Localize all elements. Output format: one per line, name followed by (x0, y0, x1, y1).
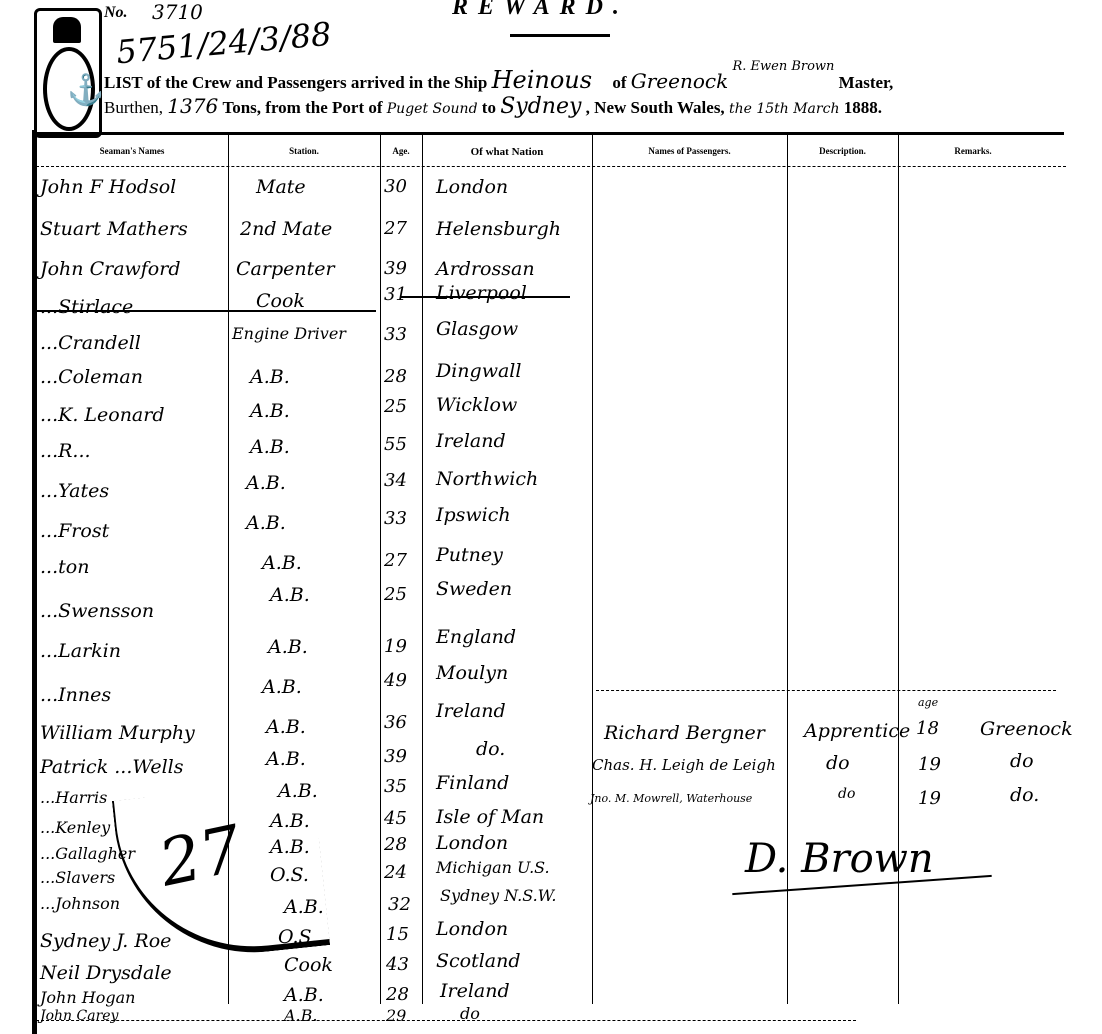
crew-name: ...Stirlace (40, 296, 133, 318)
passenger-description: do (826, 752, 850, 774)
crown-icon (53, 17, 81, 43)
crew-name: ...Frost (40, 520, 109, 542)
passenger-name: Richard Bergner (604, 722, 765, 744)
arrival-year: 1888. (844, 98, 882, 117)
passenger-description: do (838, 786, 855, 802)
crew-nation: Ireland (436, 430, 506, 452)
title-banner: REWARD. (452, 0, 629, 21)
crew-name: ...K. Leonard (40, 404, 165, 426)
home-port: Greenock (631, 69, 728, 93)
crew-nation: Sweden (436, 578, 512, 600)
burthen-label: Burthen, (104, 98, 163, 117)
reference-annotation: 5751/24/3/88 (115, 15, 333, 72)
crew-station: A.B. (250, 366, 290, 388)
col-header-description: Description. (787, 146, 898, 156)
crew-nation: Northwich (436, 468, 538, 490)
crew-nation: Scotland (436, 950, 521, 972)
strikethrough-line (400, 296, 570, 298)
crew-station: Carpenter (236, 258, 335, 280)
crew-name: Stuart Mathers (40, 218, 188, 240)
crew-age: 43 (386, 954, 409, 975)
col-header-passengers: Names of Passengers. (592, 146, 787, 156)
crew-name: ...Kenley (40, 818, 110, 837)
crew-nation: do. (476, 738, 505, 760)
crew-age: 27 (384, 218, 407, 239)
crew-station: 2nd Mate (240, 218, 332, 240)
passenger-remarks: do (1010, 750, 1034, 772)
crew-name: ...Coleman (40, 366, 143, 388)
crew-nation: Michigan U.S. (436, 858, 550, 877)
form-number-value: 3710 (152, 0, 203, 24)
table-bottom-rule (36, 1020, 856, 1021)
crew-nation: London (436, 918, 508, 940)
header-line-1-prefix: LIST of the Crew and Passengers arrived … (104, 73, 487, 92)
header-bottom-rule (36, 166, 1066, 167)
crew-nation: Ireland (440, 980, 510, 1002)
table-top-rule (34, 132, 1064, 135)
crew-station: A.B. (268, 636, 308, 658)
crew-name: ...Swensson (40, 600, 154, 622)
col-header-remarks: Remarks. (898, 146, 1048, 156)
crew-nation: Putney (436, 544, 503, 566)
passenger-name: Chas. H. Leigh de Leigh (592, 756, 776, 774)
to-label: to (482, 98, 496, 117)
crew-name: ...ton (40, 556, 89, 578)
crew-station: Engine Driver (232, 324, 346, 343)
crew-age: 15 (386, 924, 409, 945)
passenger-section-rule (596, 690, 1056, 691)
crew-station: A.B. (270, 584, 310, 606)
crew-nation: Sydney N.S.W. (440, 886, 556, 905)
crew-age: 36 (384, 712, 407, 733)
master-label: Master, (839, 73, 894, 92)
crew-age: 31 (384, 284, 407, 305)
crew-age: 33 (384, 324, 407, 345)
crew-nation: Moulyn (436, 662, 508, 684)
crew-nation: Ardrossan (436, 258, 535, 280)
col-header-age: Age. (380, 146, 422, 156)
crew-station: A.B. (262, 552, 302, 574)
master-signature: D. Brown (745, 836, 934, 882)
crew-age: 19 (384, 636, 407, 657)
passenger-age-label: age (918, 696, 938, 709)
crew-name: ...Harris (40, 788, 107, 807)
crew-age: 28 (386, 984, 409, 1005)
crew-age: 27 (384, 550, 407, 571)
col-divider-nation (422, 134, 423, 1004)
crew-age: 25 (384, 396, 407, 417)
crew-age: 32 (388, 894, 411, 915)
crew-age: 34 (384, 470, 407, 491)
passenger-age: 19 (918, 754, 941, 775)
crew-station: A.B. (246, 512, 286, 534)
crew-age: 25 (384, 584, 407, 605)
crew-nation: do (460, 1004, 480, 1023)
crew-name: Neil Drysdale (40, 962, 172, 984)
master-name: R. Ewen Brown (732, 59, 834, 74)
tons-from-port-label: Tons, from the Port of (222, 98, 382, 117)
from-port: Puget Sound (387, 101, 478, 117)
header-line-1: LIST of the Crew and Passengers arrived … (104, 66, 893, 94)
crew-nation: Ireland (436, 700, 506, 722)
crew-station: Cook (284, 954, 333, 976)
crew-nation: Glasgow (436, 318, 518, 340)
crew-station: A.B. (266, 716, 306, 738)
col-header-nation: Of what Nation (422, 146, 592, 158)
crew-age: 33 (384, 508, 407, 529)
crew-name: ...Innes (40, 684, 111, 706)
crew-name: ...R... (40, 440, 91, 462)
crew-nation: England (436, 626, 516, 648)
crew-nation: London (436, 176, 508, 198)
crew-station: A.B. (250, 436, 290, 458)
ship-name: Heinous (492, 66, 593, 94)
col-divider-age (380, 134, 381, 1004)
crew-age: 29 (386, 1006, 406, 1025)
crew-station: A.B. (284, 1006, 317, 1025)
header-line-2: Burthen, 1376 Tons, from the Port of Pug… (104, 94, 882, 119)
form-number-label: No. (104, 4, 128, 22)
passenger-remarks: do. (1010, 784, 1039, 806)
crew-name: ...Crandell (40, 332, 141, 354)
crew-name: ...Johnson (40, 894, 120, 913)
crew-age: 28 (384, 366, 407, 387)
passenger-name: Jno. M. Mowrell, Waterhouse (590, 792, 752, 805)
royal-crest-emblem: ⚓ (34, 8, 102, 138)
crew-name: John Carey (40, 1008, 118, 1024)
crew-nation: Finland (436, 772, 509, 794)
passenger-remarks: Greenock (980, 718, 1073, 740)
col-header-seamans-names: Seaman's Names (36, 146, 228, 156)
crew-name: John Hogan (40, 988, 135, 1007)
crew-age: 24 (384, 862, 407, 883)
crew-name: John F Hodsol (40, 176, 176, 198)
crew-name: ...Slavers (40, 868, 115, 887)
crew-nation: Ipswich (436, 504, 511, 526)
crew-nation: Helensburgh (436, 218, 561, 240)
strikethrough-line (36, 310, 376, 312)
passenger-age: 19 (918, 788, 941, 809)
passenger-description: Apprentice (804, 720, 910, 742)
crew-nation: London (436, 832, 508, 854)
nsw-label: , New South Wales, (586, 98, 725, 117)
crew-name: ...Yates (40, 480, 109, 502)
crew-nation: Isle of Man (436, 806, 544, 828)
crew-age: 35 (384, 776, 407, 797)
crew-nation: Dingwall (436, 360, 521, 382)
crew-station: A.B. (246, 472, 286, 494)
crew-name: Patrick ...Wells (40, 756, 184, 778)
header-of: of (612, 73, 626, 92)
to-port: Sydney (500, 94, 581, 119)
crew-name: William Murphy (40, 722, 195, 744)
anchor-seal-icon: ⚓ (43, 47, 95, 131)
col-header-station: Station. (228, 146, 380, 156)
banner-underline (510, 34, 610, 37)
crew-age: 39 (384, 258, 407, 279)
left-border (32, 130, 37, 1034)
crew-nation: Wicklow (436, 394, 517, 416)
crew-age: 49 (384, 670, 407, 691)
crew-age: 45 (384, 808, 407, 829)
crew-station: A.B. (262, 676, 302, 698)
crew-name: John Crawford (40, 258, 181, 280)
crew-name: Sydney J. Roe (40, 930, 171, 952)
crew-name: ...Larkin (40, 640, 121, 662)
crew-station: A.B. (250, 400, 290, 422)
col-divider-passengers (592, 134, 593, 1004)
crew-age: 55 (384, 434, 407, 455)
crew-age: 39 (384, 746, 407, 767)
arrival-date: the 15th March (729, 101, 840, 117)
crew-station: A.B. (266, 748, 306, 770)
crew-station: Mate (256, 176, 306, 198)
burthen-tons: 1376 (167, 94, 218, 118)
crew-age: 30 (384, 176, 407, 197)
crew-station: Cook (256, 290, 305, 312)
crew-nation: Liverpool (436, 282, 527, 304)
passenger-age: 18 (916, 718, 939, 739)
crew-age: 28 (384, 834, 407, 855)
crew-station: A.B. (284, 984, 324, 1006)
